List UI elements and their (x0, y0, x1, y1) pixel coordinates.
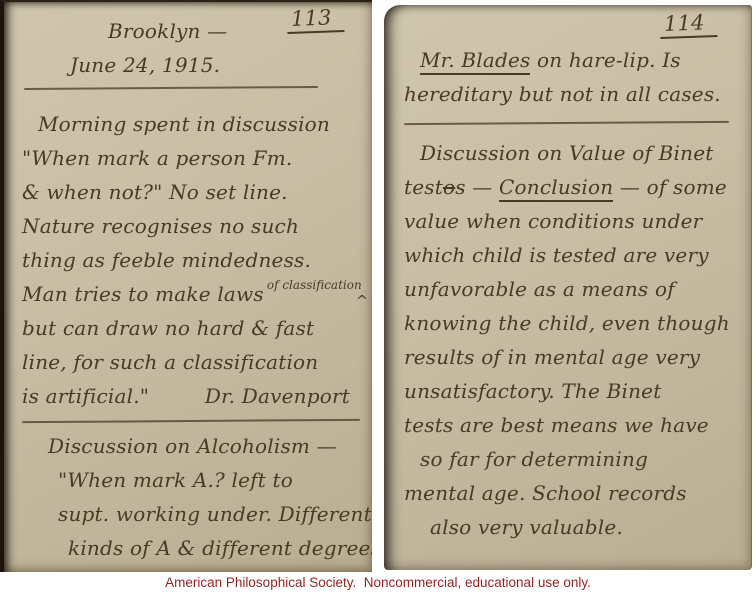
handwritten-line: Discussion on Value of Binet (404, 136, 743, 170)
handwritten-line: also very valuable. (404, 510, 743, 544)
handwritten-line: thing as feeble mindedness. (22, 243, 364, 277)
handwritten-line: Nature recognises no such (22, 209, 364, 243)
line-rest-text: on hare-lip. Is (530, 48, 680, 72)
handwritten-line: Discussion on Alcoholism — (22, 429, 364, 463)
interline-insertion: of classification (267, 278, 362, 292)
paragraph-discussion-alcoholism: Discussion on Alcoholism — "When mark A.… (22, 429, 364, 565)
paragraph-blades-harelip: Mr. Blades on hare-lip. Is hereditary bu… (404, 43, 743, 111)
conclusion-underlined: Conclusion (499, 175, 613, 202)
handwritten-line: unfavorable as a means of (404, 272, 743, 306)
paragraph-binet-tests: Discussion on Value of Binet testos — Co… (404, 136, 743, 544)
handwritten-line: knowing the child, even though (404, 306, 743, 340)
handwritten-line: "When mark A.? left to (22, 463, 364, 497)
handwritten-line: & when not?" No set line. (22, 175, 364, 209)
handwritten-line: Mr. Blades on hare-lip. Is (404, 43, 743, 77)
handwritten-line: Morning spent in discussion (22, 107, 364, 141)
notebook-page-left: 113 Brooklyn — June 24, 1915. Morning sp… (0, 0, 372, 572)
handwritten-line: supt. working under. Different (22, 497, 364, 531)
handwritten-line: results of in mental age very (404, 340, 743, 374)
quote-end: is artificial." (22, 379, 149, 413)
speaker-name-underlined: Mr. Blades (420, 48, 530, 75)
handwritten-line: unsatisfactory. The Binet (404, 374, 743, 408)
handwritten-line: which child is tested are very (404, 238, 743, 272)
handwritten-line: hereditary but not in all cases. (404, 77, 743, 111)
handwritten-line: but can draw no hard & fast (22, 311, 364, 345)
handwritten-line: kinds of A & different degrees. (22, 531, 364, 565)
line-main-text: Man tries to make laws (22, 282, 264, 306)
struck-letter: o (443, 175, 455, 199)
archival-photo-viewer: 113 Brooklyn — June 24, 1915. Morning sp… (0, 0, 756, 595)
handwritten-line: line, for such a classification (22, 345, 364, 379)
section-divider (22, 419, 360, 423)
handwritten-line-attribution: is artificial." Dr. Davenport (22, 379, 364, 413)
insertion-caret: ^ (356, 292, 369, 310)
heading-date: June 24, 1915. (70, 48, 364, 82)
speaker-name: Dr. Davenport (205, 379, 350, 413)
section-divider (404, 121, 729, 125)
handwritten-line: tests are best means we have (404, 408, 743, 442)
handwritten-line-with-correction: testos — Conclusion — of some (404, 170, 743, 204)
handwritten-line-with-insertion: Man tries to make lawsof classification^ (22, 277, 364, 311)
rights-caption: American Philosophical Society. Noncomme… (0, 572, 756, 595)
page-number: 114 (660, 10, 718, 39)
handwritten-line: value when conditions under (404, 204, 743, 238)
handwritten-line: so far for determining (404, 442, 743, 476)
word-mid: s — (455, 175, 499, 199)
paragraph-discussion-feeblemindedness: Morning spent in discussion "When mark a… (22, 107, 364, 413)
heading-underline (24, 86, 318, 90)
word-pre: test (404, 175, 443, 199)
handwritten-line: mental age. School records (404, 476, 743, 510)
page-number: 113 (287, 5, 345, 34)
notebook-page-right: 114 Mr. Blades on hare-lip. Is hereditar… (384, 5, 752, 570)
handwritten-line: "When mark a person Fm. (22, 141, 364, 175)
line-rest-text: — of some (613, 175, 727, 199)
